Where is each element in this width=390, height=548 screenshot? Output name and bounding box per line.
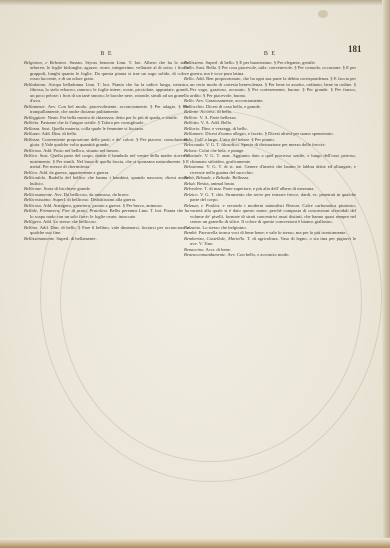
right-column-header: B E bbox=[184, 52, 356, 58]
page-top-edge bbox=[0, 0, 390, 6]
dictionary-entry: Belladonna. Atropa belladonna Linn. T. b… bbox=[24, 82, 189, 104]
entry-definition: Add. Armigero, guerriero, pronto a guerr… bbox=[43, 203, 163, 208]
entry-headword: Belleggiare. bbox=[24, 115, 46, 120]
entry-headword: Beneaccomandamente. bbox=[184, 252, 226, 257]
entry-definition: Sust. Quella parte del corpo, donde il b… bbox=[30, 153, 189, 169]
entry-headword: Bellicosamente. bbox=[24, 192, 53, 197]
dictionary-entry: Belzico. V. G. T. chir. Strumento che se… bbox=[184, 192, 356, 203]
entry-definition: Bestia, animal bruto. bbox=[197, 181, 235, 186]
entry-definition: V. G. T. di st. nat. Genere d'insetti ch… bbox=[190, 164, 356, 175]
entry-headword: Bellico. bbox=[24, 170, 38, 175]
entry-definition: Avv. Graziosamente, acconciamente. bbox=[196, 98, 264, 103]
scanned-page: 181 B E Belgioino, e Belzoino. Sustan. S… bbox=[0, 0, 390, 548]
entry-definition: Dim. e vezzegg. di bello. bbox=[202, 126, 248, 131]
dictionary-entry: Bello. Add. Ben proporzionato, che ha og… bbox=[184, 76, 356, 98]
entry-definition: Superl. di bello. § E per buonissimo. § … bbox=[205, 60, 315, 65]
entry-headword: Bellone. bbox=[184, 109, 199, 114]
entry-definition: Conveniente proporzione delle parti, e d… bbox=[30, 137, 189, 148]
entry-headword: Bellicoso. bbox=[24, 203, 42, 208]
entry-headword: Beluà. bbox=[184, 181, 196, 186]
entry-headword: Bellicodolo. bbox=[24, 175, 46, 180]
entry-definition: Avv. Con bel modo, piacevolmente, acconc… bbox=[30, 104, 189, 115]
entry-headword: Belzuino. bbox=[184, 225, 201, 230]
dictionary-entry: Bellissimamente. Superl. di bellamente. bbox=[24, 236, 189, 242]
entry-definition: Superl. di bellamente. bbox=[56, 236, 96, 241]
dictionary-entry: Bellino. Add. Dim. di bello. § Fare il b… bbox=[24, 225, 189, 236]
entry-definition: Accr. di bene. bbox=[205, 247, 231, 252]
entry-definition: Add. Dim. di bello. bbox=[42, 131, 78, 136]
entry-definition: Sust. Bella. § Per cosa piacevole, utile… bbox=[190, 65, 356, 76]
entry-definition: V. G. T. anat. Aggiunto dato a quel proc… bbox=[190, 153, 356, 164]
entry-headword: Bello. bbox=[184, 98, 195, 103]
dictionary-entry: Bellezza. Conveniente proporzione delle … bbox=[24, 137, 189, 148]
entry-headword: Bellicoso. bbox=[24, 148, 42, 153]
entry-headword: Beltà, Belsade, e Beltade. bbox=[184, 175, 231, 180]
entry-definition: Budello del bellico che hanno i bambini,… bbox=[30, 175, 189, 186]
dictionary-entry: Belgioino, e Belzoino. Sustan. Styrax be… bbox=[24, 60, 189, 82]
page-right-edge bbox=[382, 0, 390, 548]
dictionary-entry: Belostoma. V. G. T. di st. nat. Genere d… bbox=[184, 164, 356, 175]
entry-headword: Bellocchio. bbox=[184, 104, 205, 109]
right-column: B E Bellissimo. Superl. di bello. § E pe… bbox=[184, 52, 356, 258]
entry-headword: Benaccino. bbox=[184, 247, 205, 252]
entry-headword: Bellucio. bbox=[184, 126, 200, 131]
entry-definition: Parrucella tronca voci di bene bene; e v… bbox=[199, 230, 347, 235]
entry-headword: Beloniale. bbox=[184, 153, 203, 158]
entry-headword: Bellamente. bbox=[24, 104, 46, 109]
entry-headword: Bellissimo. bbox=[184, 60, 204, 65]
entry-definition: Add. Posto nel bellico, situato nel mezz… bbox=[43, 148, 119, 153]
entry-headword: Bellicosissimo. bbox=[24, 197, 52, 202]
entry-headword: Belligero. bbox=[24, 219, 42, 224]
dictionary-entry: Beloniale. V. G. T. anat. Aggiunto dato … bbox=[184, 153, 356, 164]
entry-definition: V. G. T. filosofico. Specie di divinazio… bbox=[206, 142, 326, 147]
entry-definition: Colui che bela, e piange. bbox=[199, 148, 244, 153]
paper-stain bbox=[318, 10, 328, 18]
entry-definition: Coll' e largo. L'atto del belare. § Per … bbox=[195, 137, 275, 142]
entry-headword: Belladonna. bbox=[24, 82, 46, 87]
dictionary-entry: Bellamente. Avv. Con bel modo, piacevolm… bbox=[24, 104, 189, 115]
dictionary-entry: Bellide, Primavera, Fior di prato, Prato… bbox=[24, 208, 189, 219]
entry-headword: Bellico. bbox=[24, 153, 38, 158]
entry-headword: Bemberiza, Castellale, Martello. bbox=[184, 236, 245, 241]
entry-headword: Belletto. bbox=[24, 120, 39, 125]
entry-headword: Belo. bbox=[184, 137, 194, 142]
entry-headword: Belvedere. bbox=[184, 186, 203, 191]
entry-definition: Lo stesso che belgioino. bbox=[202, 225, 246, 230]
entry-headword: Bellezza. bbox=[24, 126, 40, 131]
entry-headword: Belostoma. bbox=[184, 164, 205, 169]
entry-headword: Belzuar, e Pouliot. bbox=[184, 203, 220, 208]
dictionary-entry: Bellico. Sust. Quella parte del corpo, d… bbox=[24, 153, 189, 170]
entry-definition: Add. Ben proporzionato, che ha ogni sua … bbox=[190, 76, 356, 98]
entry-definition: Neutr. Far bella mostra di chiarezza; de… bbox=[48, 115, 178, 120]
entry-definition: Accresc. di bello. bbox=[200, 109, 232, 114]
dictionary-entry: Bellicodolo. Budello del bellico che han… bbox=[24, 175, 189, 186]
entry-headword: Bello. bbox=[184, 76, 195, 81]
entry-definition: V. A. Add. Bello. bbox=[201, 120, 232, 125]
entry-headword: Bellumore. bbox=[184, 131, 204, 136]
entry-definition: V. G. T. chir. Strumento che serve per e… bbox=[190, 192, 356, 203]
entry-definition: T. di mar. Parte superiore, e più alta d… bbox=[204, 186, 314, 191]
entry-headword: Bellino. bbox=[24, 225, 38, 230]
entry-definition: Dicesi d'uomo allegro, e faceto. § Dices… bbox=[205, 131, 334, 136]
dictionary-entry: Belzuar, e Pouliot. e secondo i moderni … bbox=[184, 203, 356, 225]
entry-definition: Sust. Quella materia, colla quale le fem… bbox=[42, 126, 144, 131]
entry-definition: Avv. Da bellicoso, da animoso, da bravo. bbox=[54, 192, 129, 197]
right-entries: Bellissimo. Superl. di bello. § E per bu… bbox=[184, 60, 356, 258]
page-bottom-edge bbox=[0, 538, 390, 548]
entry-headword: Bembè. bbox=[184, 230, 198, 235]
left-entries: Belgioino, e Belzoino. Sustan. Styrax be… bbox=[24, 60, 189, 242]
entry-headword: Belocauda. bbox=[184, 142, 205, 147]
entry-definition: V. A. Parte bellezza. bbox=[200, 115, 237, 120]
entry-definition: Dicesi di cosa bella, e grande. bbox=[206, 104, 261, 109]
entry-definition: Bellezza. bbox=[232, 175, 249, 180]
left-column: B E Belgioino, e Belzoino. Sustan. Styra… bbox=[24, 52, 189, 241]
entry-headword: Bellissimamente. bbox=[24, 236, 55, 241]
left-column-header: B E bbox=[24, 52, 189, 58]
entry-definition: Add. da guerra, appartenente a guerra. bbox=[39, 170, 109, 175]
dictionary-entry: Bello. Sust. Bella. § Per cosa piacevole… bbox=[184, 65, 356, 76]
entry-headword: Belzico. bbox=[184, 192, 199, 197]
dictionary-entry: Beneaccomandamente. Avv. Con bello, e ac… bbox=[184, 252, 356, 258]
entry-headword: Bellicone. bbox=[24, 186, 43, 191]
entry-definition: Sorta di bicchiere grande. bbox=[44, 186, 91, 191]
entry-definition: Superl. di bellicoso. Dedititissimi alla… bbox=[53, 197, 136, 202]
entry-headword: Belgioino, e Belzoino. bbox=[24, 60, 67, 65]
entry-definition: Add. Dim. di bello. § Fare il bellino, v… bbox=[30, 225, 189, 236]
entry-definition: Add. Lo stesso che bellicoso. bbox=[43, 219, 97, 224]
entry-headword: Belluzzo. bbox=[24, 131, 41, 136]
entry-headword: Bello. bbox=[184, 65, 195, 70]
entry-headword: Bellide, Primavera, Fior di prato, Prato… bbox=[24, 208, 108, 213]
entry-headword: Bellezza. bbox=[24, 137, 40, 142]
dictionary-entry: Bemberiza, Castellale, Martello. T. di a… bbox=[184, 236, 356, 247]
entry-definition: Pastume che fa l'unguo sottile. § Talora… bbox=[41, 120, 145, 125]
entry-headword: Bellotto. bbox=[184, 120, 200, 125]
entry-headword: Bellore. bbox=[184, 115, 199, 120]
entry-headword: Belone. bbox=[184, 148, 198, 153]
entry-definition: Avv. Con bello, e acconcio modo. bbox=[227, 252, 289, 257]
entry-definition: Atropa belladonna Linn. T. bot. Pianta c… bbox=[30, 82, 189, 104]
